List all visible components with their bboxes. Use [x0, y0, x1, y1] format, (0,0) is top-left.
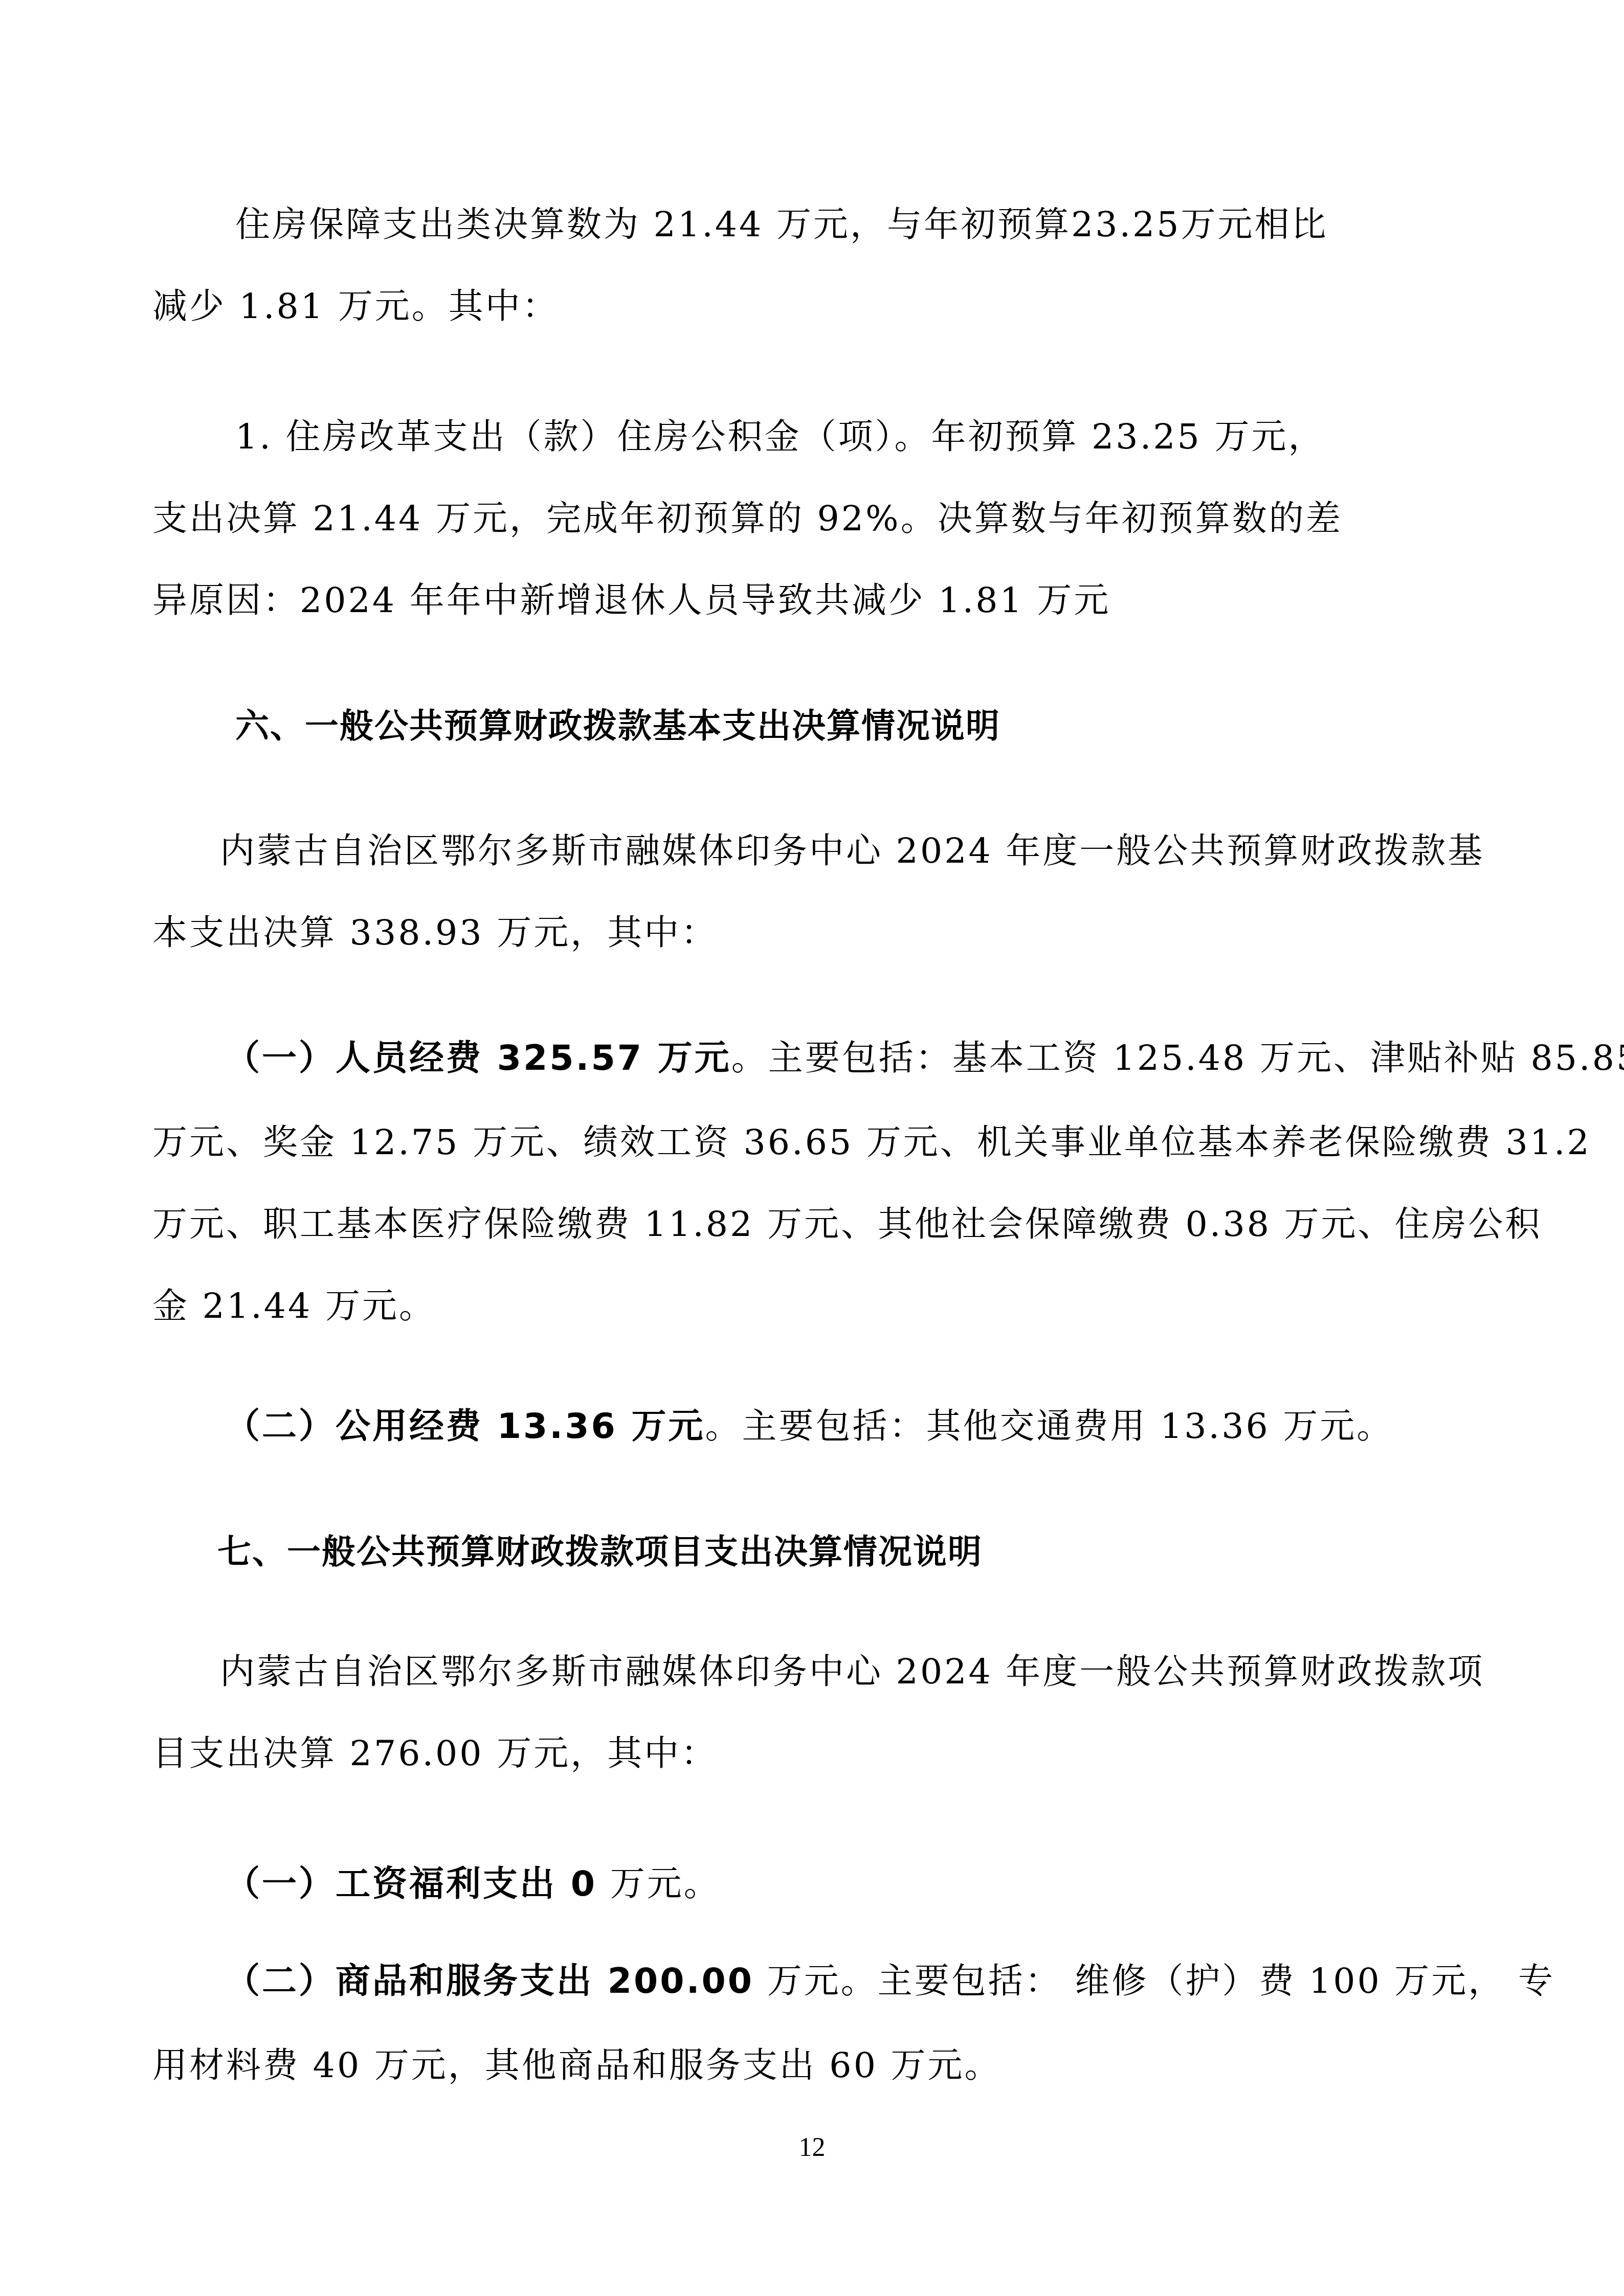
- wages-expense-rest: 万元。: [597, 1864, 721, 1904]
- housing-summary-line1: 住房保障支出类决算数为 21.44 万元，与年初预算23.25万元相比: [235, 202, 1328, 248]
- wages-expense-value: 0: [571, 1864, 597, 1904]
- public-expense-rest: 。主要包括：其他交通费用 13.36 万元。: [705, 1406, 1393, 1447]
- goods-expense-line2: 用材料费 40 万元，其他商品和服务支出 60 万元。: [152, 2043, 1002, 2089]
- document-page: 住房保障支出类决算数为 21.44 万元，与年初预算23.25万元相比 减少 1…: [0, 0, 1624, 2296]
- page-number: 12: [0, 2132, 1624, 2163]
- personnel-expense-rest: 。主要包括：基本工资 125.48 万元、津贴补贴 85.85: [731, 1038, 1624, 1078]
- goods-expense-value: 200.00: [608, 1961, 754, 2001]
- goods-expense-rest: 万元。主要包括： 维修（护）费 100 万元， 专: [754, 1961, 1555, 2001]
- section7-intro-line2: 目支出决算 276.00 万元，其中：: [152, 1731, 718, 1777]
- personnel-expense-line2: 万元、奖金 12.75 万元、绩效工资 36.65 万元、机关事业单位基本养老保…: [152, 1120, 1591, 1166]
- personnel-expense-line1: （一）人员经费 325.57 万元。主要包括：基本工资 125.48 万元、津贴…: [225, 1036, 1624, 1082]
- goods-expense-line1: （二）商品和服务支出 200.00 万元。主要包括： 维修（护）费 100 万元…: [225, 1959, 1555, 2005]
- housing-item1-line3: 异原因：2024 年年中新增退休人员导致共减少 1.81 万元: [152, 578, 1110, 624]
- public-expense-line: （二）公用经费 13.36 万元。主要包括：其他交通费用 13.36 万元。: [225, 1404, 1393, 1450]
- housing-summary-line2: 减少 1.81 万元。其中：: [152, 284, 559, 330]
- housing-item1-line1: 1. 住房改革支出（款）住房公积金（项）。年初预算 23.25 万元，: [235, 414, 1325, 460]
- wages-expense-label: （一）工资福利支出: [225, 1864, 571, 1904]
- personnel-expense-line4: 金 21.44 万元。: [152, 1284, 436, 1330]
- housing-item1-line2: 支出决算 21.44 万元，完成年初预算的 92%。决算数与年初预算数的差: [152, 496, 1343, 542]
- goods-expense-label: （二）商品和服务支出: [225, 1961, 608, 2001]
- public-expense-label: （二）公用经费 13.36 万元: [225, 1406, 705, 1447]
- wages-expense-line: （一）工资福利支出 0 万元。: [225, 1861, 721, 1907]
- section6-intro-line1: 内蒙古自治区鄂尔多斯市融媒体印务中心 2024 年度一般公共预算财政拨款基: [220, 828, 1484, 874]
- personnel-expense-line3: 万元、职工基本医疗保险缴费 11.82 万元、其他社会保障缴费 0.38 万元、…: [152, 1202, 1542, 1248]
- section7-heading: 七、一般公共预算财政拨款项目支出决算情况说明: [217, 1529, 983, 1575]
- personnel-expense-label: （一）人员经费 325.57 万元: [225, 1038, 731, 1078]
- section6-intro-line2: 本支出决算 338.93 万元，其中：: [152, 910, 718, 956]
- section6-heading: 六、一般公共预算财政拨款基本支出决算情况说明: [235, 703, 1000, 749]
- section7-intro-line1: 内蒙古自治区鄂尔多斯市融媒体印务中心 2024 年度一般公共预算财政拨款项: [220, 1649, 1484, 1695]
